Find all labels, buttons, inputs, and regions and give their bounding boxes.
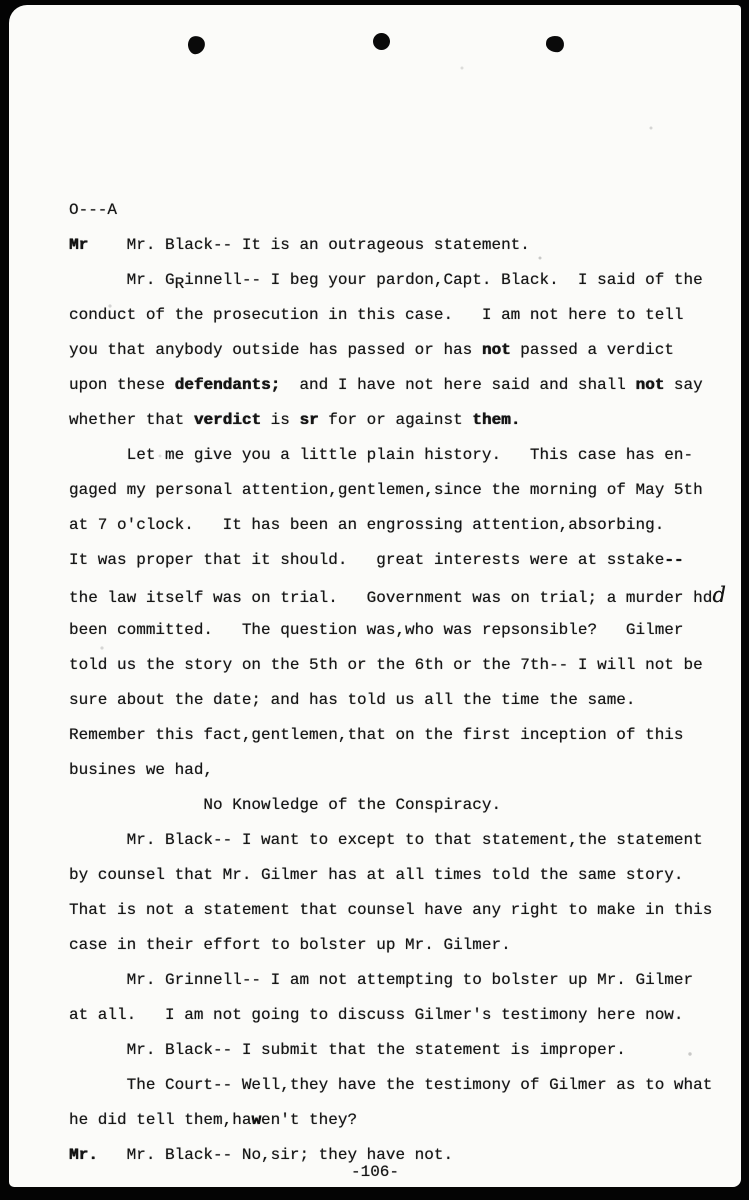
transcript-segment: whether that bbox=[69, 411, 194, 429]
transcript-line: been committed. The question was,who was… bbox=[69, 613, 726, 648]
transcript-segment: innell-- I beg your pardon,Capt. Black. … bbox=[184, 271, 702, 289]
transcript-line: Mr. Black-- I want to except to that sta… bbox=[69, 823, 726, 858]
transcript-line: O---A bbox=[69, 193, 726, 228]
transcript-segment-bold: Mr. bbox=[69, 1146, 98, 1164]
transcript-line: gaged my personal attention,gentlemen,si… bbox=[69, 473, 726, 508]
transcript-segment: say bbox=[664, 376, 702, 394]
transcript-line: That is not a statement that counsel hav… bbox=[69, 893, 726, 928]
transcript-segment-bold: Mr bbox=[69, 236, 88, 254]
transcript-text: O---AMr Mr. Black-- It is an outrageous … bbox=[69, 193, 726, 1173]
transcript-line: whether that verdict is sr for or agains… bbox=[69, 403, 726, 438]
paper: O---AMr Mr. Black-- It is an outrageous … bbox=[9, 5, 741, 1187]
transcript-line: case in their effort to bolster up Mr. G… bbox=[69, 928, 726, 963]
transcript-line: It was proper that it should. great inte… bbox=[69, 543, 726, 578]
transcript-segment: Mr. G bbox=[69, 271, 175, 289]
transcript-line: Mr. Grinnell-- I am not attempting to bo… bbox=[69, 963, 726, 998]
transcript-segment: and I have not here said and shall bbox=[280, 376, 635, 394]
transcript-segment: Let me give you a little plain history. … bbox=[69, 446, 693, 464]
transcript-line: No Knowledge of the Conspiracy. bbox=[69, 788, 726, 823]
transcript-segment: passed a verdict bbox=[511, 341, 674, 359]
transcript-segment-bold: verdict bbox=[194, 411, 261, 429]
transcript-segment: at 7 o'clock. It has been an engrossing … bbox=[69, 516, 664, 534]
transcript-line: Mr. Black-- I submit that the statement … bbox=[69, 1033, 726, 1068]
transcript-segment: told us the story on the 5th or the 6th … bbox=[69, 656, 703, 674]
transcript-segment: been committed. The question was,who was… bbox=[69, 621, 684, 639]
transcript-line: he did tell them,hawen't they? bbox=[69, 1103, 726, 1138]
transcript-segment-bold: sr bbox=[299, 411, 318, 429]
transcript-segment: sure about the date; and has told us all… bbox=[69, 691, 636, 709]
transcript-line: told us the story on the 5th or the 6th … bbox=[69, 648, 726, 683]
transcript-segment-sub: R bbox=[175, 275, 185, 293]
transcript-segment: Mr. Grinnell-- I am not attempting to bo… bbox=[69, 971, 693, 989]
transcript-segment: gaged my personal attention,gentlemen,si… bbox=[69, 481, 703, 499]
transcript-segment: Mr. Black-- I submit that the statement … bbox=[69, 1041, 626, 1059]
transcript-segment-bold: w bbox=[251, 1111, 261, 1129]
transcript-segment: O---A bbox=[69, 201, 117, 219]
transcript-line: by counsel that Mr. Gilmer has at all ti… bbox=[69, 858, 726, 893]
transcript-segment: is bbox=[261, 411, 299, 429]
transcript-line: you that anybody outside has passed or h… bbox=[69, 333, 726, 368]
transcript-line: The Court-- Well,they have the testimony… bbox=[69, 1068, 726, 1103]
transcript-segment-bold: defendants; bbox=[175, 376, 281, 394]
transcript-segment: upon these bbox=[69, 376, 175, 394]
transcript-segment: The Court-- Well,they have the testimony… bbox=[69, 1076, 712, 1094]
transcript-segment-bold: not bbox=[482, 341, 511, 359]
transcript-segment: he did tell them,ha bbox=[69, 1111, 251, 1129]
transcript-segment: you that anybody outside has passed or h… bbox=[69, 341, 482, 359]
transcript-segment-bold: them. bbox=[472, 411, 520, 429]
transcript-segment: for or against bbox=[319, 411, 473, 429]
punch-mark-icon bbox=[373, 33, 390, 50]
transcript-segment: en't they? bbox=[261, 1111, 357, 1129]
transcript-segment: That is not a statement that counsel hav… bbox=[69, 901, 712, 919]
transcript-segment: Mr. Black-- No,sir; they have not. bbox=[98, 1146, 453, 1164]
page-number: -106- bbox=[9, 1163, 741, 1181]
scanned-page: O---AMr Mr. Black-- It is an outrageous … bbox=[0, 0, 749, 1200]
transcript-line: upon these defendants; and I have not he… bbox=[69, 368, 726, 403]
transcript-segment-script: d bbox=[712, 583, 725, 607]
transcript-line: at all. I am not going to discuss Gilmer… bbox=[69, 998, 726, 1033]
transcript-line: Let me give you a little plain history. … bbox=[69, 438, 726, 473]
transcript-line: Mr. GRinnell-- I beg your pardon,Capt. B… bbox=[69, 263, 726, 298]
transcript-line: busines we had, bbox=[69, 753, 726, 788]
transcript-segment: Remember this fact,gentlemen,that on the… bbox=[69, 726, 684, 744]
transcript-segment: by counsel that Mr. Gilmer has at all ti… bbox=[69, 866, 684, 884]
transcript-segment: at all. I am not going to discuss Gilmer… bbox=[69, 1006, 684, 1024]
transcript-segment: the law itself was on trial. Government … bbox=[69, 589, 712, 607]
transcript-segment: busines we had, bbox=[69, 761, 213, 779]
transcript-segment: It was proper that it should. great inte… bbox=[69, 551, 664, 569]
transcript-line: sure about the date; and has told us all… bbox=[69, 683, 726, 718]
transcript-line: at 7 o'clock. It has been an engrossing … bbox=[69, 508, 726, 543]
transcript-segment: case in their effort to bolster up Mr. G… bbox=[69, 936, 511, 954]
transcript-segment: conduct of the prosecution in this case.… bbox=[69, 306, 684, 324]
scan-noise bbox=[9, 5, 11, 7]
transcript-segment: Mr. Black-- It is an outrageous statemen… bbox=[88, 236, 530, 254]
transcript-segment: No Knowledge of the Conspiracy. bbox=[69, 796, 501, 814]
transcript-segment-bold: not bbox=[636, 376, 665, 394]
transcript-line: Mr Mr. Black-- It is an outrageous state… bbox=[69, 228, 726, 263]
transcript-segment: Mr. Black-- I want to except to that sta… bbox=[69, 831, 703, 849]
transcript-segment-bold: -- bbox=[664, 551, 683, 569]
transcript-line: conduct of the prosecution in this case.… bbox=[69, 298, 726, 333]
transcript-line: the law itself was on trial. Government … bbox=[69, 578, 726, 613]
transcript-line: Remember this fact,gentlemen,that on the… bbox=[69, 718, 726, 753]
